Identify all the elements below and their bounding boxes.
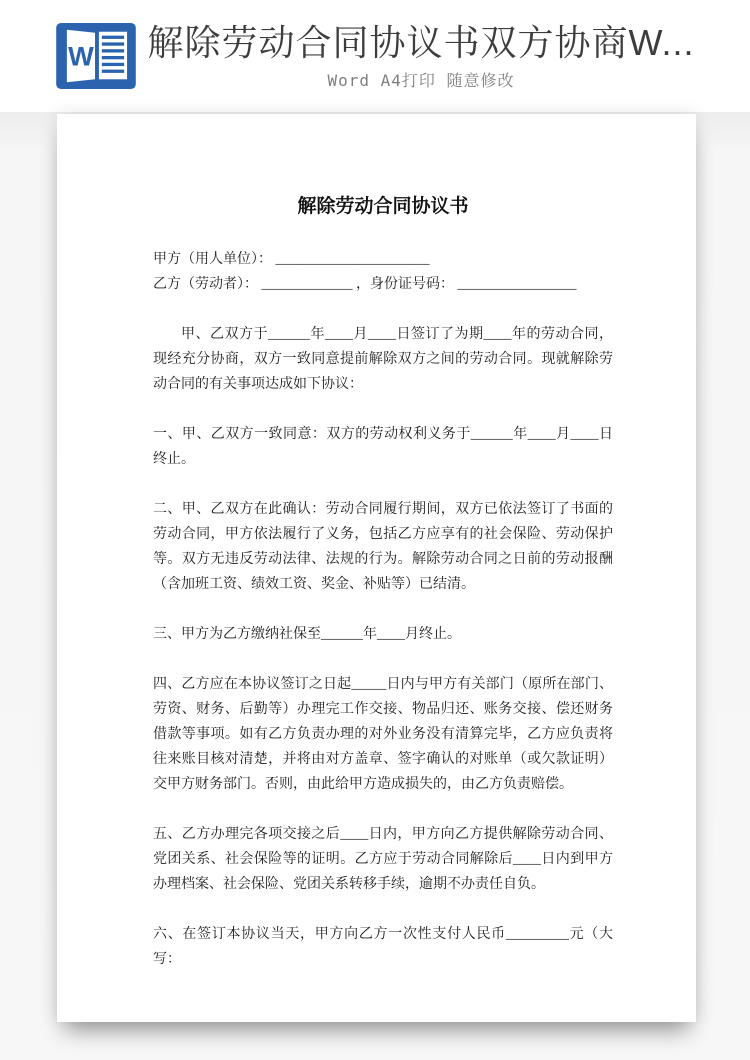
intro-paragraph: 甲、乙双方于______年____月____日签订了为期____年的劳动合同，现… bbox=[153, 322, 613, 397]
site-header: W 解除劳动合同协议书双方协商W... Word A4打印 随意修改 bbox=[0, 0, 750, 112]
clause-5: 五、乙方办理完各项交接之后____日内，甲方向乙方提供解除劳动合同、党团关系、社… bbox=[153, 822, 613, 897]
page: W 解除劳动合同协议书双方协商W... Word A4打印 随意修改 解除劳动合… bbox=[0, 0, 750, 1060]
header-text: 解除劳动合同协议书双方协商W... Word A4打印 随意修改 bbox=[148, 21, 695, 91]
clause-3: 三、甲方为乙方缴纳社保至______年____月终止。 bbox=[153, 622, 613, 647]
document-title: 解除劳动合同协议书 bbox=[153, 192, 613, 222]
clause-2: 二、甲、乙双方在此确认：劳动合同履行期间，双方已依法签订了书面的劳动合同，甲方依… bbox=[153, 497, 613, 597]
document-page: 解除劳动合同协议书 甲方（用人单位）： ____________________… bbox=[57, 114, 696, 1022]
word-icon-letter: W bbox=[68, 41, 94, 72]
clause-4: 四、乙方应在本协议签订之日起_____日内与甲方有关部门（原所在部门、劳资、财务… bbox=[153, 672, 613, 797]
header-row: W 解除劳动合同协议书双方协商W... Word A4打印 随意修改 bbox=[56, 21, 695, 91]
party-lines: 甲方（用人单位）： ______________________ 乙方（劳动者）… bbox=[153, 247, 613, 297]
page-title: 解除劳动合同协议书双方协商W... bbox=[148, 21, 695, 64]
clause-1: 一、甲、乙双方一致同意：双方的劳动权利义务于______年____月____日终… bbox=[153, 422, 613, 472]
word-file-icon: W bbox=[56, 23, 136, 89]
document-preview-area: 解除劳动合同协议书 甲方（用人单位）： ____________________… bbox=[0, 112, 750, 1060]
page-subtitle: Word A4打印 随意修改 bbox=[327, 68, 514, 91]
party-b-line: 乙方（劳动者）： _____________ ，身份证号码： _________… bbox=[153, 272, 613, 297]
clause-6: 六、在签订本协议当天，甲方向乙方一次性支付人民币_________元（大写： bbox=[153, 922, 613, 972]
party-a-line: 甲方（用人单位）： ______________________ bbox=[153, 247, 613, 272]
